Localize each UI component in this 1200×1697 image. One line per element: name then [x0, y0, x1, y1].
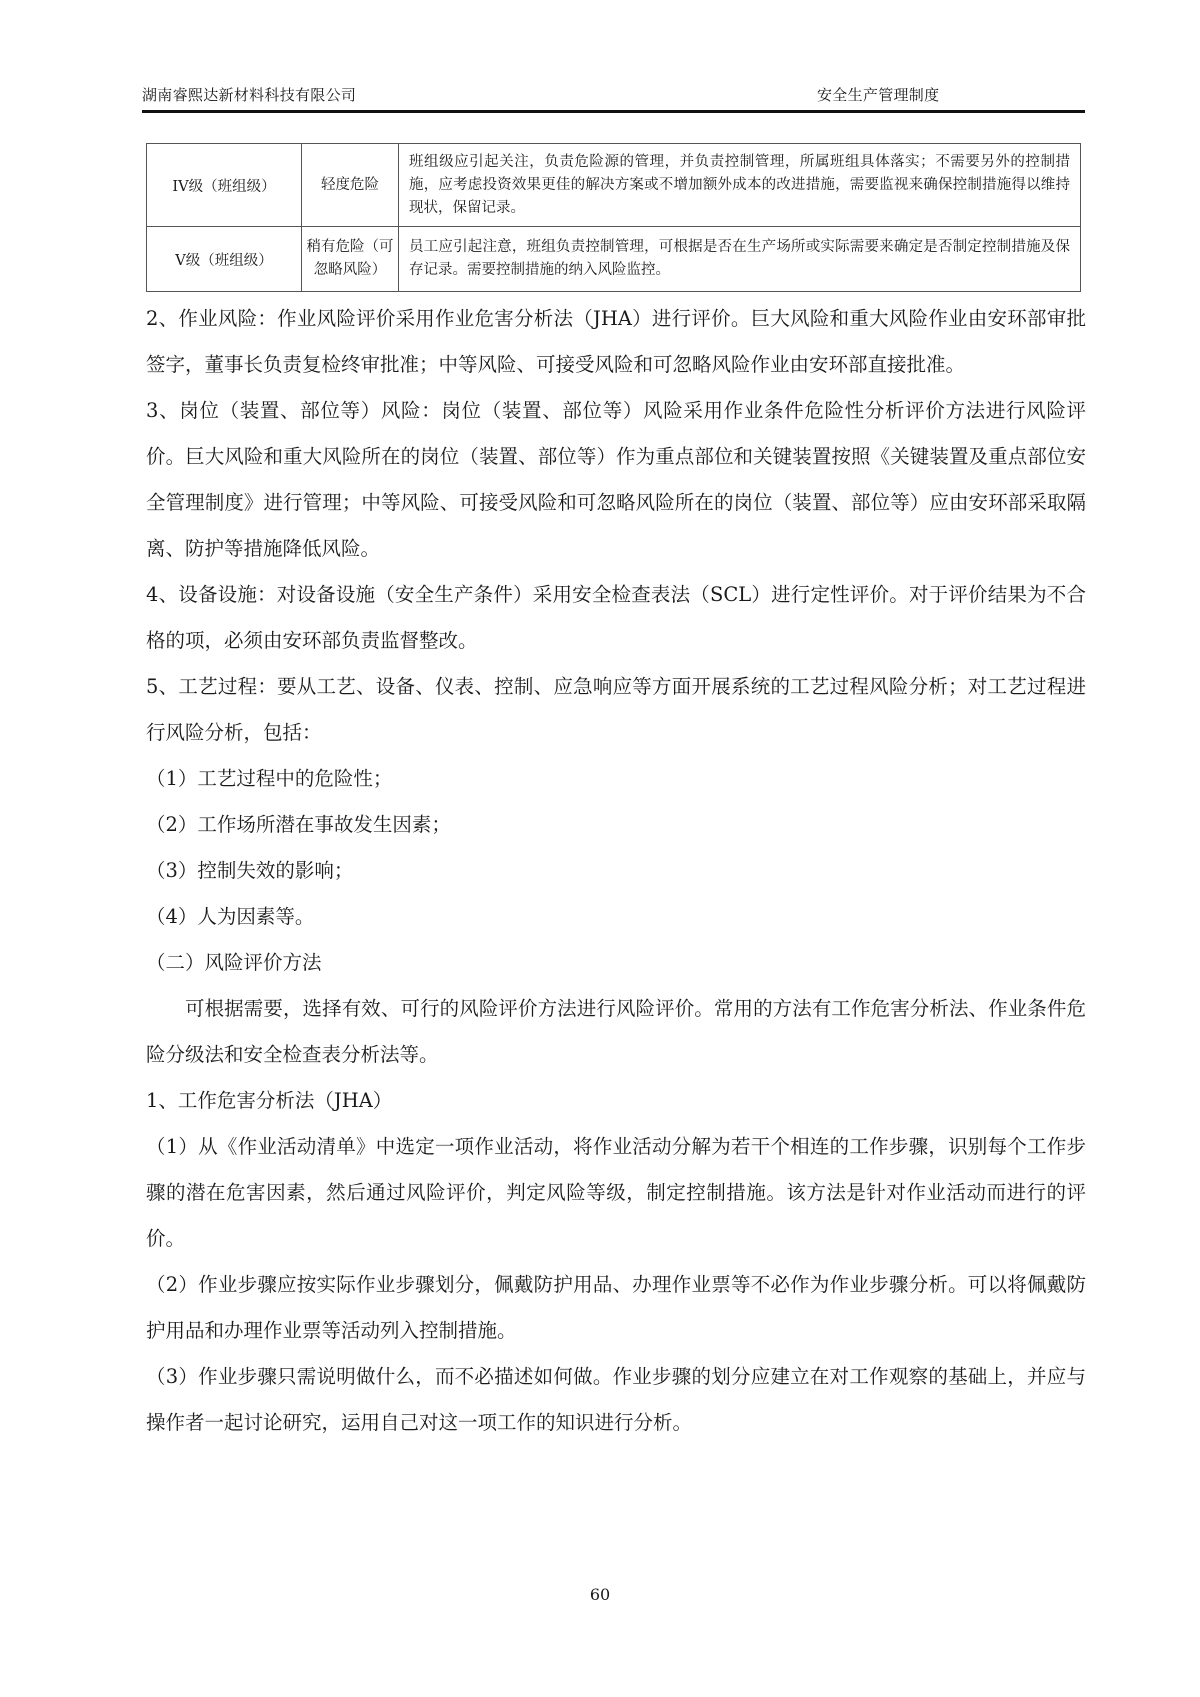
paragraph-equipment: 4、设备设施：对设备设施（安全生产条件）采用安全检查表法（SCL）进行定性评价。… [146, 572, 1086, 664]
risk-description-cell: 员工应引起注意，班组负责控制管理，可根据是否在生产场所或实际需要来确定是否制定控… [399, 227, 1081, 292]
table-row: V级（班组级） 稍有危险（可忽略风险） 员工应引起注意，班组负责控制管理，可根据… [147, 227, 1081, 292]
list-item: （1）工艺过程中的危险性； [146, 756, 1086, 802]
page-header: 湖南睿熙达新材料科技有限公司 安全生产管理制度 [142, 80, 1085, 113]
company-name: 湖南睿熙达新材料科技有限公司 [142, 84, 356, 105]
list-item: （3）控制失效的影响； [146, 848, 1086, 894]
risk-level-cell: V级（班组级） [147, 227, 302, 292]
list-item: （3）作业步骤只需说明做什么，而不必描述如何做。作业步骤的划分应建立在对工作观察… [146, 1354, 1086, 1446]
risk-description-cell: 班组级应引起关注，负责危险源的管理，并负责控制管理，所属班组具体落实；不需要另外… [399, 144, 1081, 227]
risk-level-table: IV级（班组级） 轻度危险 班组级应引起关注，负责危险源的管理，并负责控制管理，… [146, 143, 1081, 292]
paragraph-process: 5、工艺过程：要从工艺、设备、仪表、控制、应急响应等方面开展系统的工艺过程风险分… [146, 664, 1086, 756]
risk-level-cell: IV级（班组级） [147, 144, 302, 227]
paragraph-job-risk: 2、作业风险：作业风险评价采用作业危害分析法（JHA）进行评价。巨大风险和重大风… [146, 296, 1086, 388]
paragraph-methods-intro: 可根据需要，选择有效、可行的风险评价方法进行风险评价。常用的方法有工作危害分析法… [146, 986, 1086, 1078]
list-item: （1）从《作业活动清单》中选定一项作业活动，将作业活动分解为若干个相连的工作步骤… [146, 1124, 1086, 1262]
page-number: 60 [0, 1585, 1200, 1604]
paragraph-post-risk: 3、岗位（装置、部位等）风险：岗位（装置、部位等）风险采用作业条件危险性分析评价… [146, 388, 1086, 572]
document-body: 2、作业风险：作业风险评价采用作业危害分析法（JHA）进行评价。巨大风险和重大风… [146, 296, 1086, 1446]
list-item: （4）人为因素等。 [146, 894, 1086, 940]
risk-degree-cell: 轻度危险 [302, 144, 399, 227]
section-heading: （二）风险评价方法 [146, 940, 1086, 986]
risk-degree-cell: 稍有危险（可忽略风险） [302, 227, 399, 292]
document-title: 安全生产管理制度 [817, 84, 939, 105]
list-item: （2）工作场所潜在事故发生因素； [146, 802, 1086, 848]
table-row: IV级（班组级） 轻度危险 班组级应引起关注，负责危险源的管理，并负责控制管理，… [147, 144, 1081, 227]
list-item: （2）作业步骤应按实际作业步骤划分，佩戴防护用品、办理作业票等不必作为作业步骤分… [146, 1262, 1086, 1354]
subsection-heading: 1、工作危害分析法（JHA） [146, 1078, 1086, 1124]
